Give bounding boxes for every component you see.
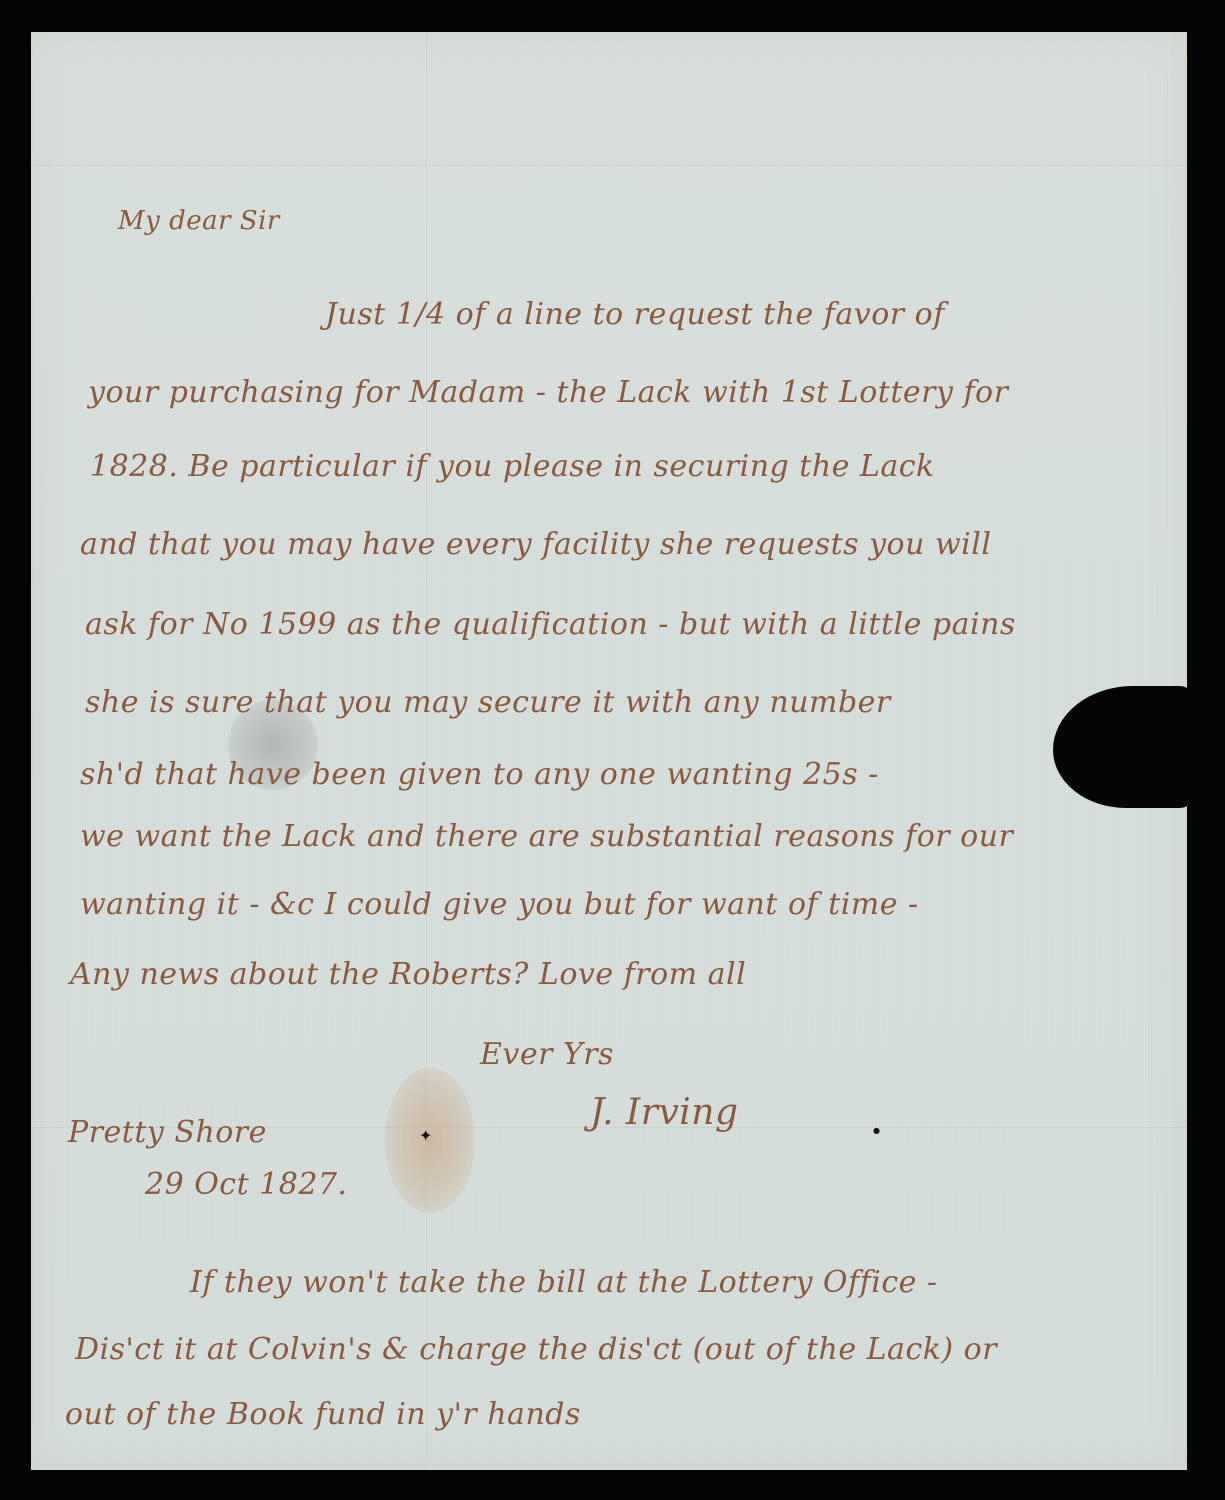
body-line-4: and that you may have every facility she… xyxy=(80,530,991,560)
body-line-3: 1828. Be particular if you please in sec… xyxy=(90,452,935,482)
fold-line xyxy=(426,32,427,1470)
date: 29 Oct 1827. xyxy=(145,1170,348,1200)
fold-line xyxy=(31,165,1187,166)
letter-page xyxy=(31,32,1187,1470)
body-line-8: we want the Lack and there are substanti… xyxy=(80,822,1013,852)
body-line-6: she is sure that you may secure it with … xyxy=(85,688,891,718)
ink-dot: ● xyxy=(873,1127,880,1135)
closing: Ever Yrs xyxy=(480,1040,614,1070)
body-line-9: wanting it - &c I could give you but for… xyxy=(80,890,919,920)
postscript-line-1: If they won't take the bill at the Lotte… xyxy=(190,1268,938,1298)
place: Pretty Shore xyxy=(68,1118,267,1148)
body-line-1: Just 1/4 of a line to request the favor … xyxy=(325,300,945,330)
salutation: My dear Sir xyxy=(118,208,280,234)
body-line-10: Any news about the Roberts? Love from al… xyxy=(70,960,746,990)
signature: J. Irving xyxy=(590,1095,739,1131)
postscript-line-3: out of the Book fund in y'r hands xyxy=(65,1400,581,1430)
pinhole-mark: ✦ xyxy=(419,1128,432,1144)
body-line-2: your purchasing for Madam - the Lack wit… xyxy=(88,378,1008,408)
postscript-line-2: Dis'ct it at Colvin's & charge the dis'c… xyxy=(75,1335,997,1365)
body-line-5: ask for No 1599 as the qualification - b… xyxy=(85,610,1016,640)
body-line-7: sh'd that have been given to any one wan… xyxy=(80,760,879,790)
